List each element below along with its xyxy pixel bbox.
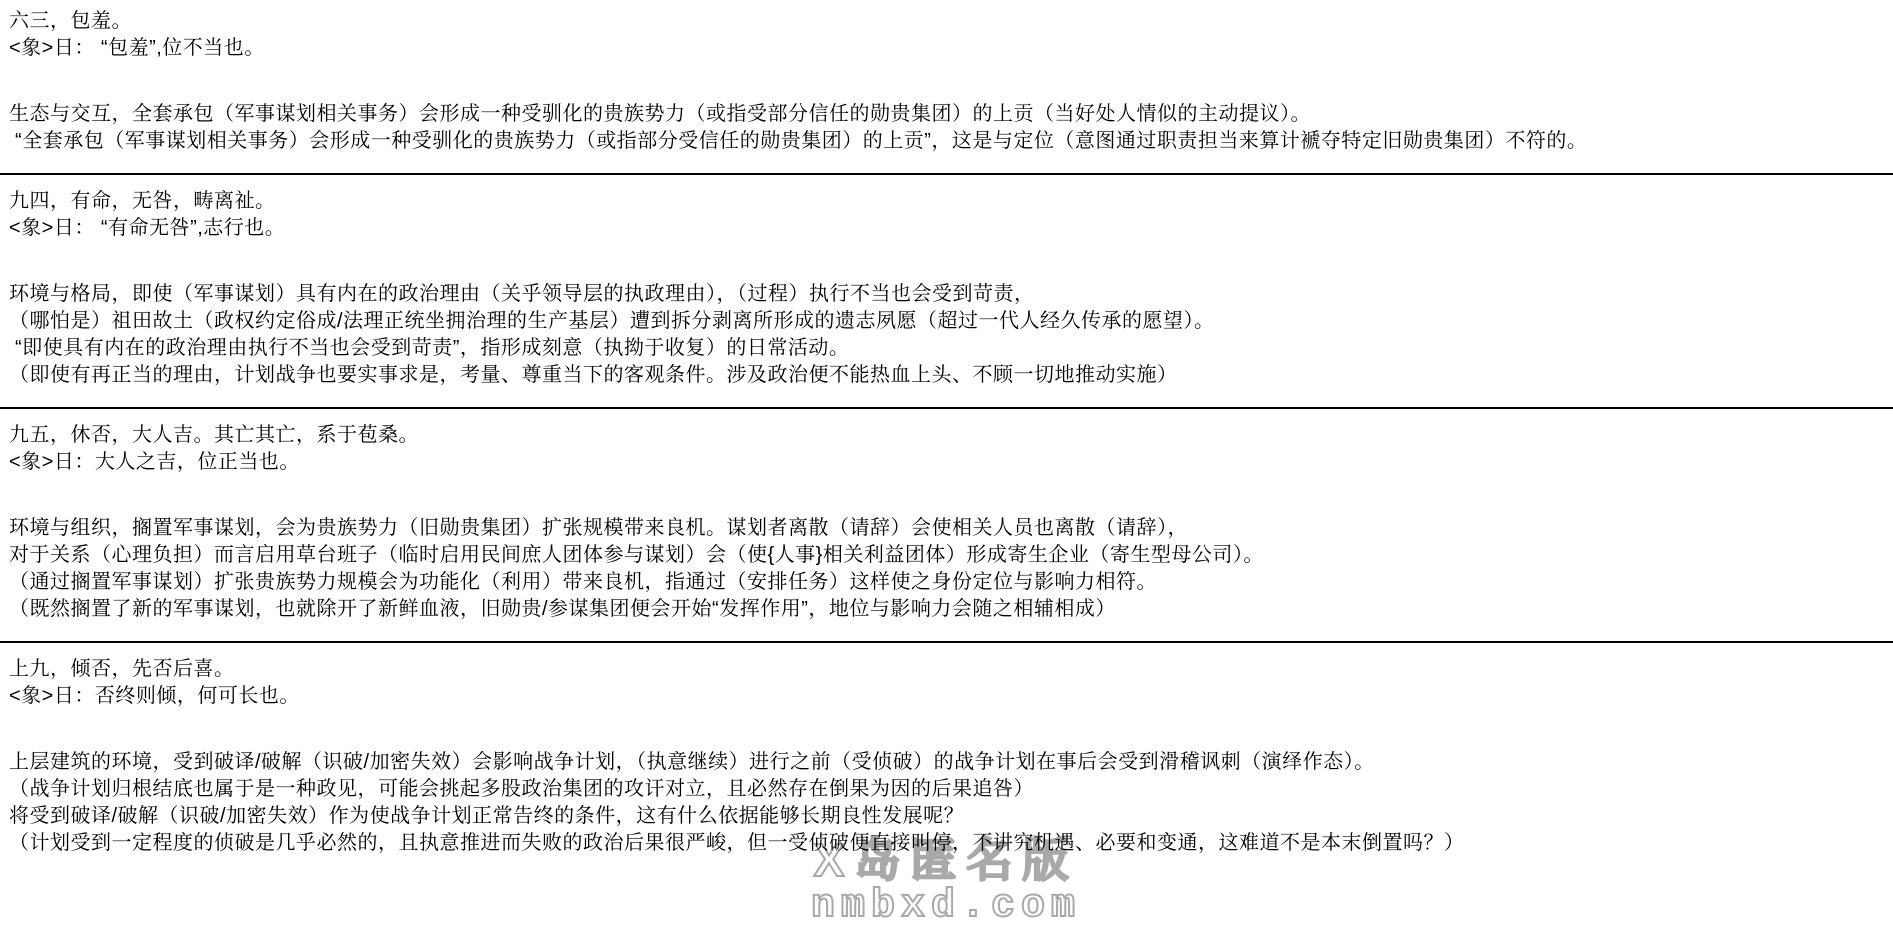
hexagram-line-text: 上九，倾否，先否后喜。 [0,656,1893,683]
analysis-line: （哪怕是）祖田故土（政权约定俗成/法理正统坐拥治理的生产基层）遭到拆分剥离所形成… [0,308,1893,335]
analysis-line: 环境与组织，搁置军事谋划，会为贵族势力（旧勋贵集团）扩张规模带来良机。谋划者离散… [0,515,1893,542]
analysis-line: （计划受到一定程度的侦破是几乎必然的，且执意推进而失败的政治后果很严峻，但一受侦… [0,830,1893,857]
section-jiusi: 九四，有命，无咎，畴离祉。 <象>日： “有命无咎”,志行也。 环境与格局，即使… [0,188,1893,389]
analysis-line: （战争计划归根结底也属于是一种政见，可能会挑起多股政治集团的攻讦对立，且必然存在… [0,776,1893,803]
xiang-commentary: <象>日：否终则倾，何可长也。 [0,683,1893,710]
blank-line [0,62,1893,101]
xiang-commentary: <象>日： “包羞”,位不当也。 [0,35,1893,62]
section-jiuwu: 九五，休否，大人吉。其亡其亡，系于苞桑。 <象>日：大人之吉，位正当也。 环境与… [0,422,1893,623]
hexagram-line-text: 六三，包羞。 [0,8,1893,35]
blank-line [0,242,1893,281]
document-body: 六三，包羞。 <象>日： “包羞”,位不当也。 生态与交互，全套承包（军事谋划相… [0,0,1893,857]
analysis-line: 对于关系（心理负担）而言启用草台班子（临时启用民间庶人团体参与谋划）会（使{人事… [0,542,1893,569]
blank-line [0,476,1893,515]
analysis-line: （既然搁置了新的军事谋划，也就除开了新鲜血液，旧勋贵/参谋集团便会开始“发挥作用… [0,596,1893,623]
section-shangjiu: 上九，倾否，先否后喜。 <象>日：否终则倾，何可长也。 上层建筑的环境，受到破译… [0,656,1893,857]
section-divider [0,641,1893,643]
blank-line [0,710,1893,749]
watermark-site-url: nmbxd.com [796,886,1096,928]
hexagram-line-text: 九五，休否，大人吉。其亡其亡，系于苞桑。 [0,422,1893,449]
analysis-line: （通过搁置军事谋划）扩张贵族势力规模会为功能化（利用）带来良机，指通过（安排任务… [0,569,1893,596]
analysis-line: 将受到破译/破解（识破/加密失效）作为使战争计划正常告终的条件，这有什么依据能够… [0,803,1893,830]
analysis-line: “即使具有内在的政治理由执行不当也会受到苛责”，指形成刻意（执拗于收复）的日常活… [0,335,1893,362]
xiang-commentary: <象>日： “有命无咎”,志行也。 [0,215,1893,242]
section-liusan: 六三，包羞。 <象>日： “包羞”,位不当也。 生态与交互，全套承包（军事谋划相… [0,8,1893,155]
analysis-line: 生态与交互，全套承包（军事谋划相关事务）会形成一种受驯化的贵族势力（或指受部分信… [0,101,1893,128]
hexagram-line-text: 九四，有命，无咎，畴离祉。 [0,188,1893,215]
analysis-line: 上层建筑的环境，受到破译/破解（识破/加密失效）会影响战争计划，（执意继续）进行… [0,749,1893,776]
analysis-line: “全套承包（军事谋划相关事务）会形成一种受驯化的贵族势力（或指部分受信任的勋贵集… [0,128,1893,155]
analysis-line: （即使有再正当的理由，计划战争也要实事求是，考量、尊重当下的客观条件。涉及政治便… [0,362,1893,389]
xiang-commentary: <象>日：大人之吉，位正当也。 [0,449,1893,476]
section-divider [0,173,1893,175]
section-divider [0,407,1893,409]
analysis-line: 环境与格局，即使（军事谋划）具有内在的政治理由（关乎领导层的执政理由），（过程）… [0,281,1893,308]
